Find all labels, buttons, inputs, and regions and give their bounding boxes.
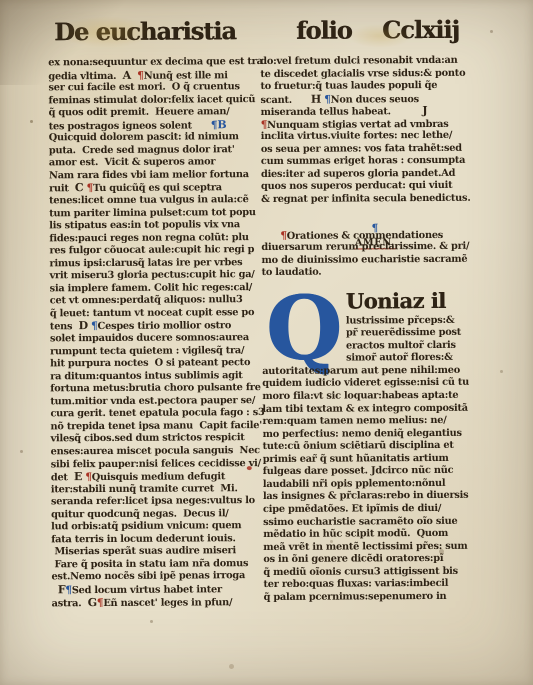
text-segment: cum summas eriget horas : consumpta	[261, 155, 465, 167]
text-line: amor est. Vicit & superos amor	[49, 156, 255, 170]
drop-cap-initial: Q	[265, 275, 342, 379]
text-segment: puta. Crede sed magnus dolor irat'	[49, 144, 235, 156]
text-line: tes postragos igneos solent ¶B	[49, 119, 255, 133]
text-line: seranda refer:licet ipsa neges:vultus lo	[51, 495, 257, 509]
text-segment: cipe pmẽdatões. Et ipĩmis de diui/	[263, 503, 441, 515]
text-line: astra. G¶Eñ nascet' leges in pfun/	[52, 596, 258, 610]
amen-line: ¶ AMEN.	[261, 206, 469, 221]
text-segment: tens	[50, 322, 79, 333]
section-block: Q Uoniaz il lustrissime pr̃ceps:&pr̃ reu…	[262, 289, 472, 605]
text-line: feminas stimulat dolor:felix iacet quicũ	[48, 94, 254, 108]
text-segment: hit purpura noctes O si pateant pecto	[50, 357, 250, 369]
text-segment: ser cui facile est mori. O q̃ cruentus	[48, 81, 239, 93]
red-ink-dot	[247, 466, 252, 470]
text-segment: mẽdatio in hũc scipit modũ. Quom	[263, 528, 448, 540]
text-segment: est.Nemo nocẽs sibi ipẽ penas irroga	[51, 571, 245, 583]
text-line: iter:stabili nunq̃ tramite curret Mi.	[51, 483, 257, 497]
text-segment: quos nos superos perducat: qui viuit	[261, 180, 452, 192]
text-segment: nõ trepida tenet ipsa manu Capit facile'	[50, 420, 262, 432]
intro-block: ¶Orationes & commendationesdiuersarum re…	[261, 228, 469, 279]
text-segment: quidem iudicio videret egisse:nisi cũ tu	[262, 377, 469, 389]
guide-letter: G	[88, 596, 97, 609]
right-text-column: do:vel fretum dulci resonabit vnda:ante …	[260, 55, 471, 605]
left-text-column: ex nona:sequuntur ex decima que est trag…	[48, 56, 257, 609]
text-line: laudabili nr̃i opis pplemento:nõnul	[263, 478, 471, 492]
text-line: quitur quodcunq̃ negas. Decus il/	[51, 508, 257, 522]
text-segment: Quisquis medium defugit	[92, 471, 225, 483]
text-segment: miseranda tellus habeat.	[261, 106, 423, 118]
text-segment: inclita virtus.viuite fortes: nec lethe/	[261, 130, 453, 142]
folio-number: Cclxiij	[382, 15, 459, 44]
guide-letter: D	[79, 320, 88, 333]
text-segment: autoritates:parum aut pene nihil:meo	[262, 365, 460, 377]
text-segment: lam tibi textam & ex integro compositã	[262, 402, 468, 414]
text-segment: Non duces seuos	[331, 94, 419, 106]
text-line: enses:aurea miscet pocula sanguis Nec	[51, 445, 257, 459]
text-line: to fruetur:q̃ tuas laudes populi q̃e	[260, 80, 468, 94]
text-segment: tenes:licet omne tua vulgus in aula:cẽ	[49, 194, 249, 206]
page-header: De eucharistia folio Cclxiij	[0, 12, 531, 55]
text-line: mo de diuinissimo eucharistie sacramẽ	[261, 253, 469, 267]
text-segment: ex nona:sequuntur ex decima que est tra	[48, 56, 262, 68]
text-segment: laudabili nr̃i opis pplemento:nõnul	[263, 478, 446, 490]
text-segment: to laudatio.	[262, 267, 322, 278]
text-segment: gedia vltima.	[48, 70, 122, 81]
text-segment: moro fila:vt sic loquar:habeas apta:te	[262, 390, 458, 402]
text-segment: simor̃ autor̃ flores:&	[346, 352, 453, 364]
text-segment: tes postragos igneos solent	[49, 120, 211, 132]
text-segment: tum pariter limina pulset:cum tot popu	[49, 207, 256, 219]
guide-letter: F	[58, 583, 66, 596]
text-segment: vrit miseru3 gloria pectus:cupit hic ga/	[50, 269, 255, 281]
text-line: mo perfectius: nemo deniq̃ elegantius	[263, 427, 471, 441]
text-segment: lustrissime pr̃ceps:&	[346, 315, 455, 327]
text-line: mẽdatio in hũc scipit modũ. Quom	[263, 528, 471, 542]
text-line: fata terris in locum dederunt iouis.	[51, 533, 257, 547]
running-title: De eucharistia	[54, 16, 236, 46]
text-segment: sibi felix pauper:nisi felices cecidisse…	[51, 458, 261, 470]
text-segment: te discedet glacialis vrse sidus:& ponto	[260, 67, 465, 79]
text-line: det E ¶Quisquis medium defugit	[51, 470, 257, 484]
guide-letter: H	[311, 92, 321, 105]
incunabulum-page-photo: { "colors":{"paper":"#e7dfc9","ink":"#2e…	[0, 0, 533, 685]
text-segment: scant.	[260, 94, 310, 105]
text-segment: fata terris in locum dederunt iouis.	[51, 533, 236, 545]
text-segment: ra ditum:quantos intus sublimis agit	[50, 370, 242, 382]
text-segment: q̃ palam pcernimus:sepenumero in	[264, 591, 447, 603]
text-segment: quitur quodcunq̃ negas. Decus il/	[51, 508, 229, 520]
text-segment: to fruetur:q̃ tuas laudes populi q̃e	[260, 80, 437, 92]
text-segment: ruit	[49, 184, 75, 195]
text-segment: Nam rara fides vbi iam melior fortuna	[49, 169, 249, 181]
text-segment: det	[51, 472, 74, 483]
text-segment: rem:quam tamen nemo melius: ne/	[262, 415, 446, 427]
text-segment: Quicquid dolorem pascit: id nimium	[49, 131, 239, 143]
text-segment: q̃ quos odit premit. Heuere aman/	[49, 106, 230, 118]
guide-letter: A	[123, 68, 131, 81]
guide-letter: J	[422, 104, 427, 117]
text-line: ex nona:sequuntur ex decima que est tra	[48, 56, 254, 70]
text-segment: cura gerit. tenet epatula pocula fago : …	[50, 407, 264, 419]
text-segment: lis stipatus eas:in tot populis vix vna	[49, 219, 240, 231]
text-segment: ssimo eucharistie sacramẽto oĩo siue	[263, 515, 457, 527]
text-segment: Tu quicũq̃ es qui sceptra	[93, 183, 222, 195]
text-line: las insignes & pr̃claras:rebo in diuersi…	[263, 490, 471, 504]
text-segment: & regnat per infinita secula benedictus.	[261, 193, 470, 205]
text-line: puta. Crede sed magnus dolor irat'	[49, 144, 255, 158]
text-line: gedia vltima. A ¶Nunq̃ est ille mi	[48, 69, 254, 83]
text-segment: Sed locum virtus habet inter	[72, 584, 222, 596]
text-segment: mo de diuinissimo eucharistie sacramẽ	[261, 253, 467, 265]
text-segment: lud orbis:atq̃ psidium vnicum: quem	[51, 520, 241, 532]
verse-block: do:vel fretum dulci resonabit vnda:ante …	[260, 55, 469, 207]
drop-cap-box: Q	[262, 289, 346, 366]
text-segment: amor est. Vicit & superos amor	[49, 157, 215, 169]
text-line: cipe pmẽdatões. Et ipĩmis de diui/	[263, 503, 471, 517]
text-segment: cet vt omnes:perdatq̃ aliquos: nullu3	[50, 295, 243, 307]
text-segment: Fare q̃ posita in statu iam nr̃a domus	[51, 558, 248, 570]
text-segment: Miserias sperãt suas audire miseri	[51, 546, 236, 558]
text-segment: mo perfectius: nemo deniq̃ elegantius	[263, 427, 462, 439]
text-segment: enses:aurea miscet pocula sanguis Nec	[51, 445, 260, 457]
text-segment	[261, 230, 280, 241]
text-segment: pr̃ reuerẽdissime post	[346, 327, 461, 339]
text-segment: q̃ mediũ oĩonis cursu3 attigissent bis	[263, 566, 458, 578]
text-segment: tum.mitior vnda est.pectora pauper se/	[50, 395, 255, 407]
text-line: tute:cũ õnium sciẽtiarũ disciplina et	[263, 440, 471, 454]
page-content: De eucharistia folio Cclxiij ex nona:seq…	[0, 0, 533, 685]
text-segment: Orationes & commendationes	[287, 229, 443, 241]
text-segment: seranda refer:licet ipsa neges:vultus lo	[51, 495, 255, 507]
text-line: Quicquid dolorem pascit: id nimium	[49, 131, 255, 145]
text-segment: feminas stimulat dolor:felix iacet quicũ	[48, 94, 255, 106]
folio-label: folio	[296, 15, 352, 44]
text-segment: tute:cũ õnium sciẽtiarũ disciplina et	[263, 440, 454, 452]
text-line: primis ear̃ q̃ sunt hũanitatis artium	[263, 453, 471, 467]
text-segment: astra.	[52, 598, 88, 609]
text-segment: fides:pauci reges non regna colũt: plu	[49, 232, 248, 244]
text-segment: rimus ipsi:clarusq̃ latas ire per vrbes	[49, 257, 242, 269]
text-segment: os in õni genere dicẽdi oratores:pĩ	[263, 553, 443, 565]
guide-letter: B	[217, 118, 226, 131]
text-segment: meã vrẽt in mentẽ lectissimi pr̃es: sum	[263, 540, 467, 552]
text-line: lud orbis:atq̃ psidium vnicum: quem	[51, 520, 257, 534]
text-line: Miserias sperãt suas audire miseri	[51, 545, 257, 559]
text-segment: res fulgor cõuocat aule:cupit hic regi p	[49, 244, 254, 256]
text-segment: las insignes & pr̃claras:rebo in diuersi…	[263, 490, 469, 502]
text-line: fulgeas dare posset. Jdcirco nũc nũc	[263, 465, 471, 479]
text-line: F¶Sed locum virtus habet inter	[51, 583, 257, 597]
text-line: ser cui facile est mori. O q̃ cruentus	[48, 81, 254, 95]
text-segment: eractos multor̃ claris	[346, 340, 456, 352]
text-segment: diuersarum rerum preclarissime. & pri/	[261, 241, 469, 253]
text-segment: solet impauidos ducere somnos:aurea	[50, 332, 249, 344]
text-segment: vilesq̃ cibos.sed dum strictos respicit	[51, 433, 245, 445]
text-segment: Eñ nascet' leges in pfun/	[103, 597, 232, 609]
text-line: ssimo eucharistie sacramẽto oĩo siue	[263, 515, 471, 529]
text-segment: sia implere famem. Colit hic reges:cal/	[50, 282, 253, 294]
text-line: meã vrẽt in mentẽ lectissimi pr̃es: sum	[263, 540, 471, 554]
text-line: q̃ palam pcernimus:sepenumero in	[264, 591, 472, 605]
text-segment: fulgeas dare posset. Jdcirco nũc nũc	[263, 465, 454, 477]
text-segment: Nunq̃ est ille mi	[144, 70, 228, 82]
text-segment: q̃ leuet: tantum vt noceat cupit esse po	[50, 307, 255, 319]
text-segment: ter rebo:quas fluxas: varias:imbecil	[263, 578, 448, 590]
text-segment: Nunquam stigias vertat ad vmbras	[267, 119, 448, 131]
text-line: vilesq̃ cibos.sed dum strictos respicit	[51, 432, 257, 446]
text-segment: do:vel fretum dulci resonabit vnda:an	[260, 55, 457, 67]
text-segment: dies:iter ad superos gloria pandet.Ad	[261, 168, 455, 180]
text-line: Fare q̃ posita in statu iam nr̃a domus	[51, 558, 257, 572]
text-line: to laudatio.	[262, 266, 470, 280]
section-body-lines: autoritates:parum aut pene nihil:meoquid…	[262, 365, 471, 605]
text-line: & regnat per infinita secula benedictus.	[261, 193, 469, 207]
text-segment: rumpunt tecta quietem : vigilesq̃ tra/	[50, 345, 244, 357]
text-line: est.Nemo nocẽs sibi ipẽ penas irroga	[51, 570, 257, 584]
text-segment: primis ear̃ q̃ sunt hũanitatis artium	[263, 453, 449, 465]
text-segment: os seua per amnes: vos fata trahẽt:sed	[261, 143, 462, 155]
text-segment: Cespes tirio mollior ostro	[97, 321, 231, 333]
text-segment: fortuna metus:brutia choro pulsante fre	[50, 382, 260, 394]
text-segment: iter:stabili nunq̃ tramite curret Mi.	[51, 483, 238, 495]
